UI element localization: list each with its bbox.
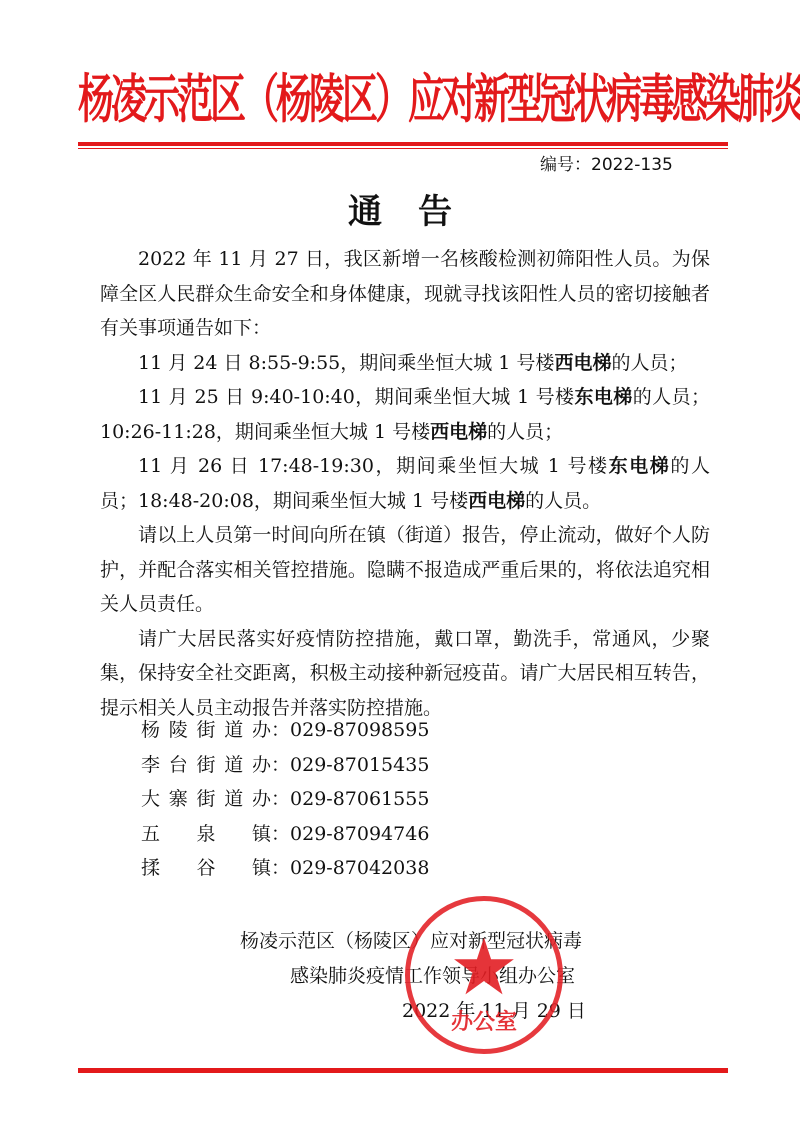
signature-block: 杨凌示范区（杨陵区）应对新型冠状病毒 感染肺炎疫情工作领导小组办公室 2022 … [0, 924, 800, 1029]
official-seal: ★ 办公室 [405, 896, 563, 1054]
signature-office-line1: 杨凌示范区（杨陵区）应对新型冠状病毒 [0, 924, 800, 959]
contact-row: 揉谷镇：029-87042038 [141, 851, 429, 886]
seal-text: 办公室 [410, 1005, 558, 1036]
contact-name: 大寨街道办 [141, 782, 271, 817]
notice-title: 通告 [0, 184, 800, 233]
contact-phone: 029-87098595 [290, 713, 429, 748]
signature-date: 2022 年 11 月 29 日 [0, 994, 800, 1029]
contact-phone: 029-87094746 [290, 817, 429, 852]
issuing-office-header: 杨凌示范区（杨陵区）应对新型冠状病毒感染肺炎疫情工作领导小组办公室 [78, 50, 728, 152]
footer-red-rule [78, 1066, 728, 1073]
contact-name: 杨陵街道办 [141, 713, 271, 748]
notice-body: 2022 年 11 月 27 日，我区新增一名核酸检测初筛阳性人员。为保障全区人… [100, 242, 710, 725]
appeal-paragraph: 请广大居民落实好疫情防控措施，戴口罩，勤洗手，常通风，少聚集，保持安全社交距离，… [100, 622, 710, 726]
report-paragraph: 请以上人员第一时间向所在镇（街道）报告，停止流动，做好个人防护，并配合落实相关管… [100, 518, 710, 622]
contact-row: 五泉镇：029-87094746 [141, 817, 429, 852]
contact-phone: 029-87061555 [290, 782, 429, 817]
contact-phone: 029-87015435 [290, 748, 429, 783]
contact-phone: 029-87042038 [290, 851, 429, 886]
header-red-rule [78, 142, 728, 149]
exposure-paragraph-nov24: 11 月 24 日 8:55-9:55，期间乘坐恒大城 1 号楼西电梯的人员； [100, 346, 710, 381]
exposure-paragraph-nov26: 11 月 26 日 17:48-19:30，期间乘坐恒大城 1 号楼东电梯的人员… [100, 449, 710, 518]
contact-name: 李台街道办 [141, 748, 271, 783]
contact-list: 杨陵街道办：029-87098595 李台街道办：029-87015435 大寨… [141, 713, 429, 886]
star-icon: ★ [445, 929, 523, 1007]
document-number: 编号：2022-135 [540, 150, 673, 175]
contact-row: 李台街道办：029-87015435 [141, 748, 429, 783]
signature-office-line2: 感染肺炎疫情工作领导小组办公室 [0, 959, 800, 994]
contact-name: 五泉镇 [141, 817, 271, 852]
contact-name: 揉谷镇 [141, 851, 271, 886]
contact-row: 大寨街道办：029-87061555 [141, 782, 429, 817]
contact-row: 杨陵街道办：029-87098595 [141, 713, 429, 748]
intro-paragraph: 2022 年 11 月 27 日，我区新增一名核酸检测初筛阳性人员。为保障全区人… [100, 242, 710, 346]
exposure-paragraph-nov25: 11 月 25 日 9:40-10:40，期间乘坐恒大城 1 号楼东电梯的人员；… [100, 380, 710, 449]
